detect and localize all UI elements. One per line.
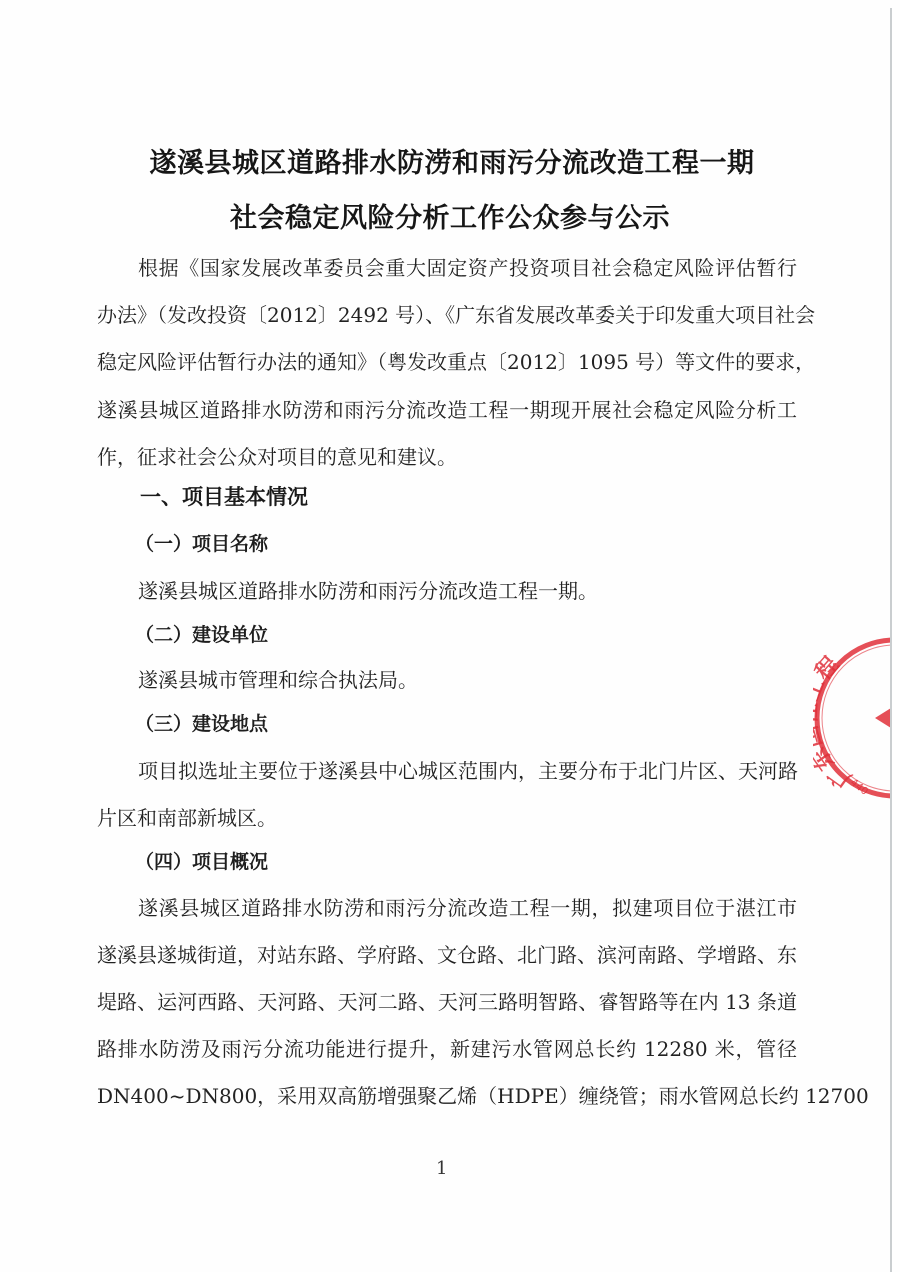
intro-line-1: 根据《国家发展改革委员会重大固定资产投资项目社会稳定风险评估暂行	[138, 255, 797, 281]
overview-line-4: 路排水防涝及雨污分流功能进行提升，新建污水管网总长约 12280 米，管径	[97, 1036, 797, 1062]
svg-text:广东国仕工程: 广东国仕工程	[813, 652, 856, 793]
stamp-arc-text: 广东国仕工程	[813, 652, 856, 793]
overview-line-5: DN400~DN800，采用双高筋增强聚乙烯（HDPE）缠绕管；雨水管网总长约 …	[97, 1083, 797, 1109]
intro-line-2: 办法》（发改投资〔2012〕2492 号）、《广东省发展改革委关于印发重大项目社…	[97, 302, 797, 328]
construction-site-line-1: 项目拟选址主要位于遂溪县中心城区范围内，主要分布于北门片区、天河路	[138, 758, 797, 784]
overview-line-1: 遂溪县城区道路排水防涝和雨污分流改造工程一期，拟建项目位于湛江市	[138, 895, 797, 921]
document-title-line-2: 社会稳定风险分析工作公众参与公示	[0, 196, 900, 235]
stamp-code-text: 440	[848, 777, 870, 797]
official-seal-stamp: 广东国仕工程 440	[813, 636, 890, 800]
section-heading-basic-info: 一、项目基本情况	[140, 484, 308, 510]
project-name-text: 遂溪县城区道路排水防涝和雨污分流改造工程一期。	[138, 578, 797, 604]
subsection-heading-project-name: （一）项目名称	[135, 531, 268, 557]
subsection-heading-construction-site: （三）建设地点	[135, 711, 268, 737]
subsection-heading-project-overview: （四）项目概况	[135, 849, 268, 875]
document-page: 遂溪县城区道路排水防涝和雨污分流改造工程一期 社会稳定风险分析工作公众参与公示 …	[0, 0, 900, 1272]
subsection-heading-construction-unit: （二）建设单位	[135, 622, 268, 648]
intro-line-3: 稳定风险评估暂行办法的通知》（粤发改重点〔2012〕1095 号）等文件的要求，	[97, 349, 797, 375]
overview-line-3: 堤路、运河西路、天河路、天河二路、天河三路明智路、睿智路等在内 13 条道	[97, 989, 797, 1015]
document-title-line-1: 遂溪县城区道路排水防涝和雨污分流改造工程一期	[2, 141, 900, 180]
stamp-clip-region: 广东国仕工程 440	[0, 0, 890, 1272]
construction-site-line-2: 片区和南部新城区。	[97, 805, 797, 831]
intro-line-5: 作，征求社会公众对项目的意见和建议。	[97, 444, 797, 470]
overview-line-2: 遂溪县遂城街道，对站东路、学府路、文仓路、北门路、滨河南路、学增路、东	[97, 942, 797, 968]
page-number: 1	[436, 1158, 447, 1179]
intro-line-4: 遂溪县城区道路排水防涝和雨污分流改造工程一期现开展社会稳定风险分析工	[97, 397, 797, 423]
construction-unit-text: 遂溪县城市管理和综合执法局。	[138, 667, 797, 693]
